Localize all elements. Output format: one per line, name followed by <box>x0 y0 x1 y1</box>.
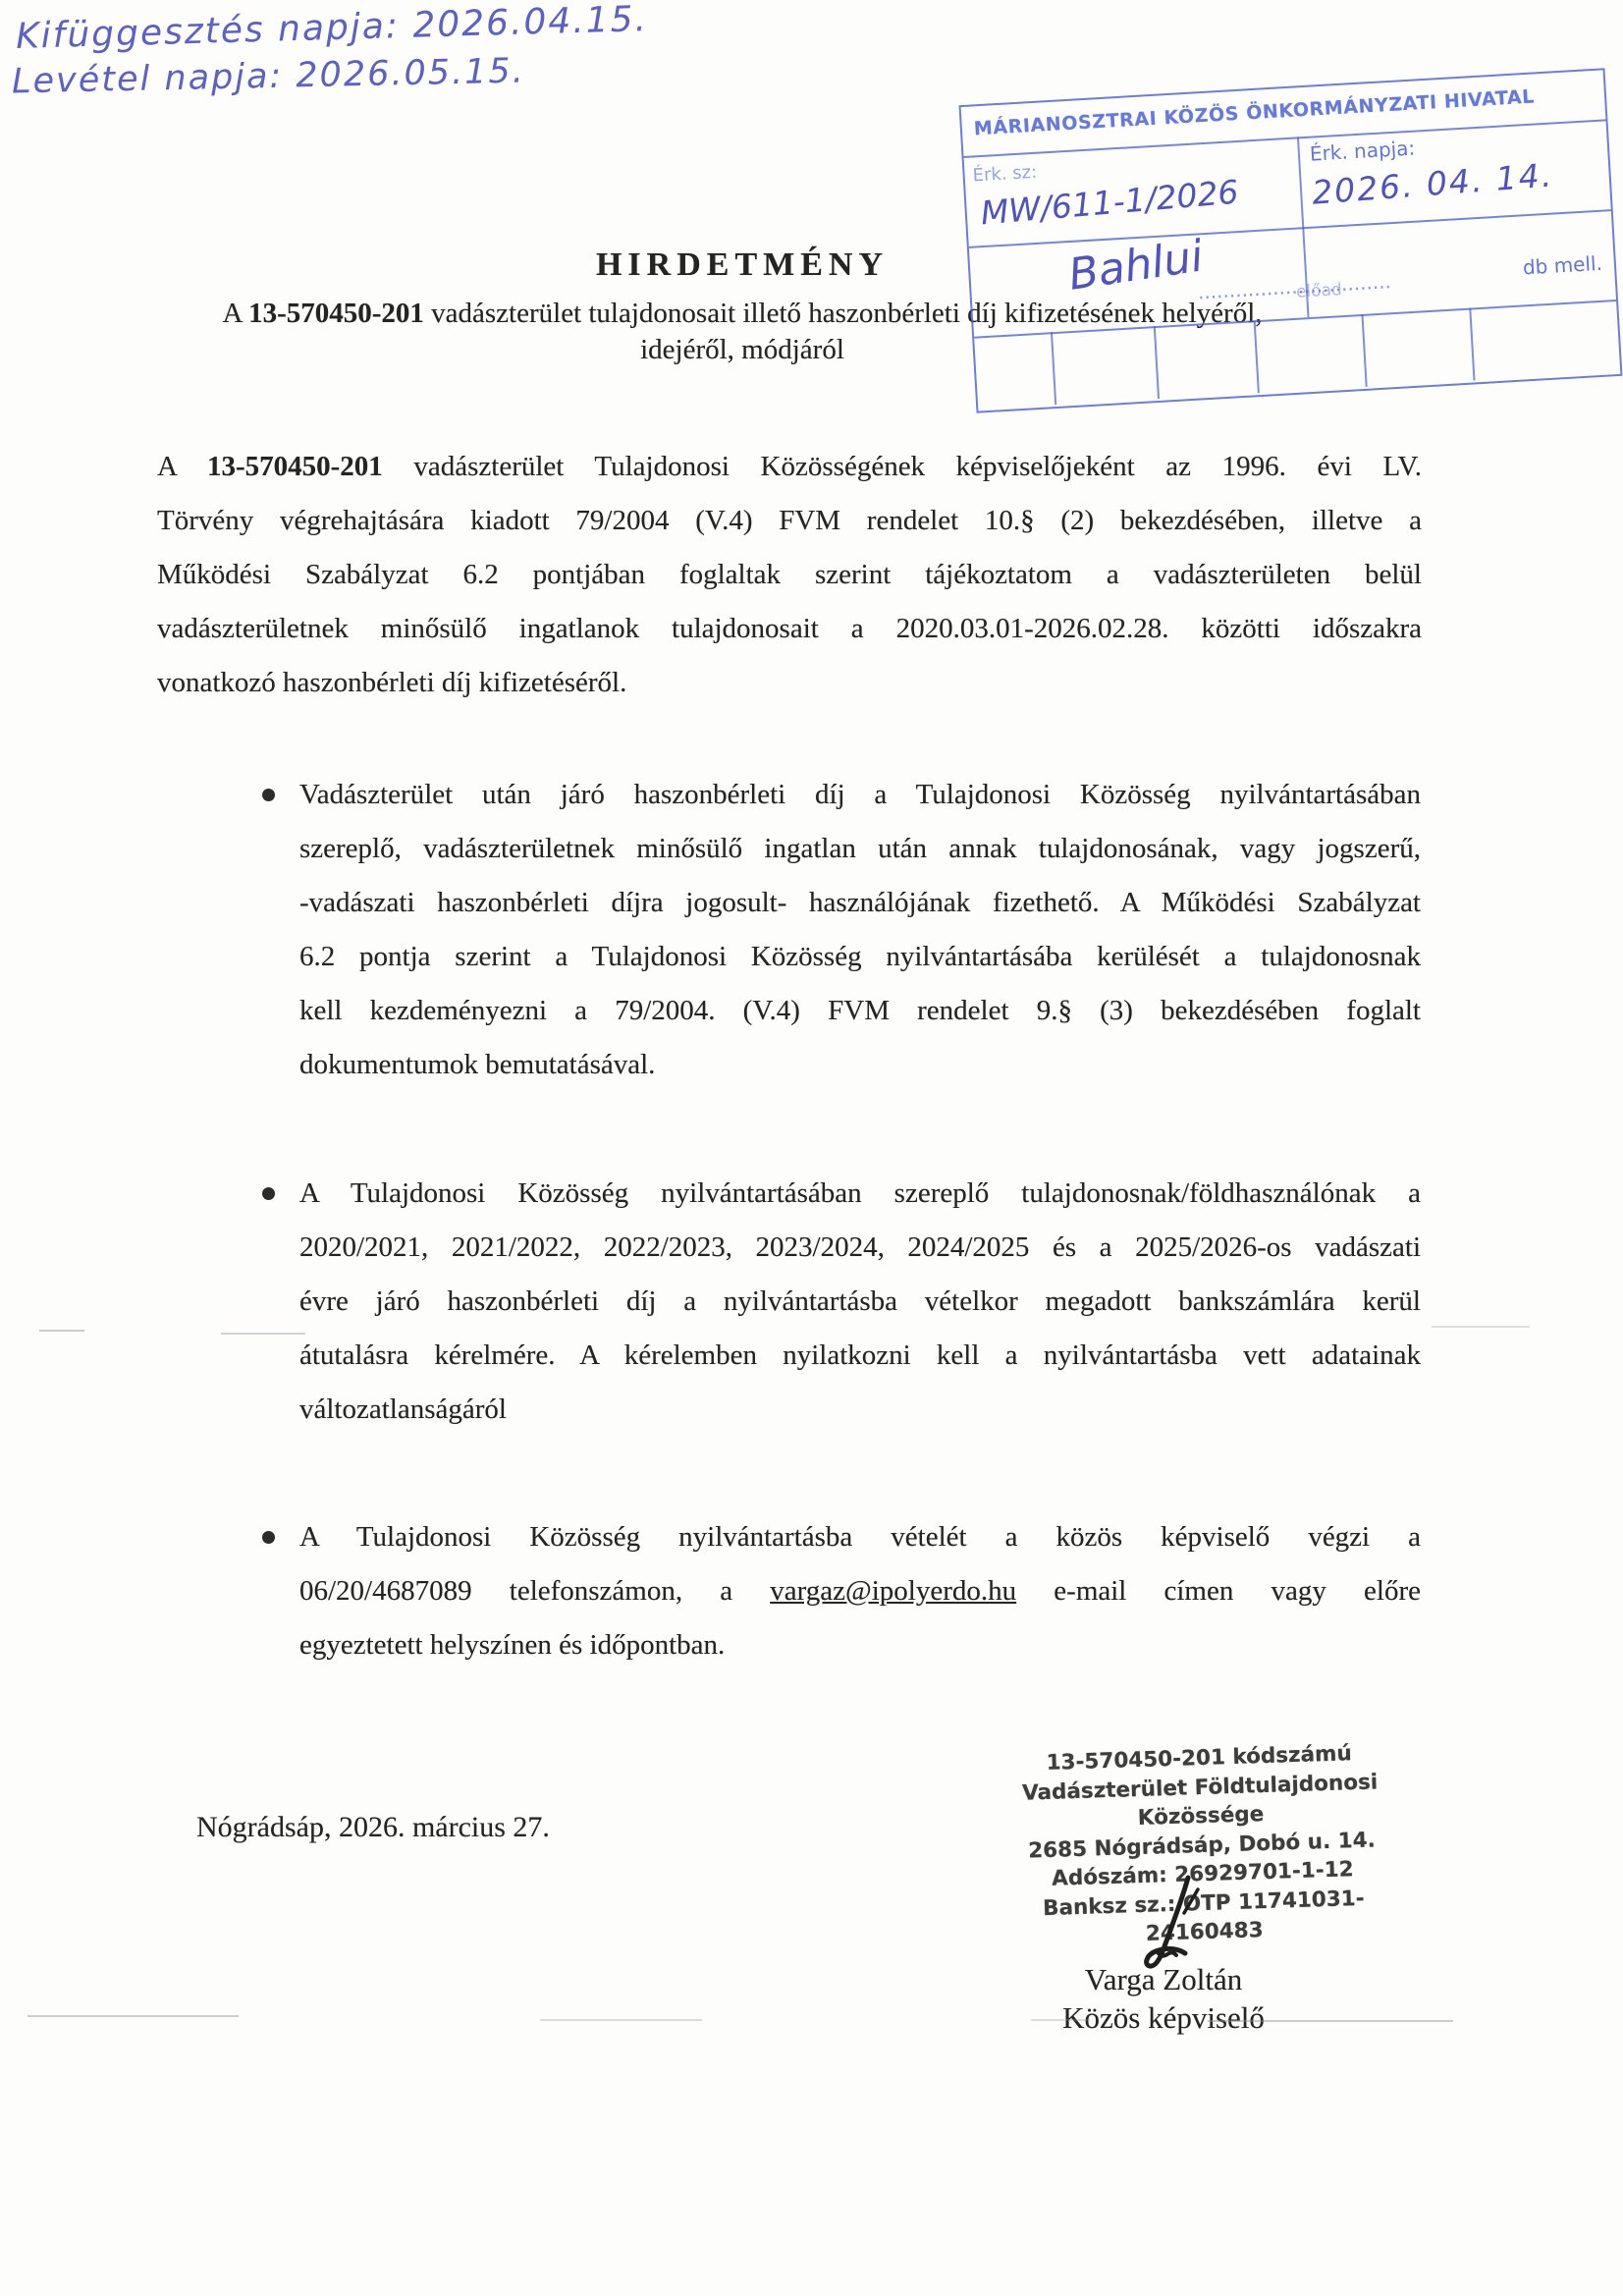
text-line: 2020/2021, 2021/2022, 2022/2023, 2023/20… <box>299 1221 1421 1275</box>
text-line: A 13-570450-201 vadászterület Tulajdonos… <box>157 440 1422 494</box>
text-line: Működési Szabályzat 6.2 pontjában foglal… <box>157 548 1422 602</box>
signatory-role: Közös képviselő <box>1001 1998 1325 2037</box>
text-line: szereplő, vadászterületnek minősülő inga… <box>299 822 1421 876</box>
text-line: változatlanságáról <box>299 1383 1421 1437</box>
scanned-document-page: Kifüggesztés napja: 2026.04.15. Levétel … <box>0 0 1623 2296</box>
intro-paragraph: A 13-570450-201 vadászterület Tulajdonos… <box>157 440 1422 710</box>
scan-artifact-line <box>1031 2019 1090 2021</box>
text-line: vadászterületnek minősülő ingatlanok tul… <box>157 602 1422 656</box>
stamp-grid-line <box>1154 326 1160 399</box>
scan-artifact-line <box>39 1330 84 1332</box>
stamp-grid-line <box>1051 332 1056 405</box>
text-line: Törvény végrehajtására kiadott 79/2004 (… <box>157 494 1422 548</box>
bullet-text: Vadászterület után járó haszonbérleti dí… <box>299 768 1421 1092</box>
bullet-item-3: A Tulajdonosi Közösség nyilvántartásba v… <box>299 1510 1421 1672</box>
text-line: 6.2 pontja szerint a Tulajdonosi Közössé… <box>299 930 1421 984</box>
text-line: vonatkozó haszonbérleti díj kifizetésérő… <box>157 656 1422 710</box>
stamp-grid-line <box>1361 314 1367 387</box>
bullet-item-1: Vadászterület után járó haszonbérleti dí… <box>299 768 1421 1092</box>
scan-artifact-line <box>1208 2020 1453 2022</box>
scan-artifact-line <box>27 2015 239 2017</box>
place-and-date-line: Nógrádsáp, 2026. március 27. <box>196 1811 550 1844</box>
scan-artifact-line <box>540 2019 702 2021</box>
stamp-clerk-signature: Bahlui <box>1065 231 1206 300</box>
scan-artifact-line <box>1432 1326 1530 1328</box>
text-line: egyeztetett helyszínen és időpontban. <box>299 1618 1421 1672</box>
text-line: dokumentumok bemutatásával. <box>299 1038 1421 1092</box>
signatory-name: Varga Zoltán <box>1001 1960 1325 1998</box>
bullet-text: A Tulajdonosi Közösség nyilvántartásba v… <box>299 1510 1421 1672</box>
signatory-block: Varga Zoltán Közös képviselő <box>1001 1960 1325 2037</box>
bullet-text: A Tulajdonosi Közösség nyilvántartásában… <box>299 1167 1421 1437</box>
stamp-attachment-label: db mell. <box>1522 251 1602 280</box>
stamp-attachment-dots: ............................... <box>1197 262 1517 304</box>
bullet-item-2: A Tulajdonosi Közösség nyilvántartásában… <box>299 1167 1421 1437</box>
stamp-grid-line <box>1469 308 1475 381</box>
text-line: évre járó haszonbérleti díj a nyilvántar… <box>299 1275 1421 1329</box>
arrival-stamp-box: MÁRIANOSZTRAI KÖZÖS ÖNKORMÁNYZATI HIVATA… <box>959 68 1623 412</box>
stamp-grid-line <box>1254 320 1260 393</box>
bullet-marker <box>262 789 275 801</box>
text-line: A Tulajdonosi Közösség nyilvántartásba v… <box>299 1510 1421 1564</box>
stamp-ref-label: Érk. sz: <box>972 162 1038 187</box>
scan-artifact-line <box>221 1333 305 1335</box>
handwritten-posting-date: Kifüggesztés napja: 2026.04.15. <box>16 0 649 57</box>
text-line: 06/20/4687089 telefonszámon, a vargaz@ip… <box>299 1564 1421 1618</box>
text-line: A Tulajdonosi Közösség nyilvántartásában… <box>299 1167 1421 1221</box>
stamp-date-label: Érk. napja: <box>1309 137 1416 166</box>
text-line: kell kezdeményezni a 79/2004. (V.4) FVM … <box>299 984 1421 1038</box>
handwritten-removal-date: Levétel napja: 2026.05.15. <box>12 52 526 102</box>
text-line: -vadászati haszonbérleti díjra jogosult-… <box>299 876 1421 930</box>
stamp-office-name: MÁRIANOSZTRAI KÖZÖS ÖNKORMÁNYZATI HIVATA… <box>973 82 1598 140</box>
bullet-marker <box>262 1187 275 1200</box>
bullet-marker <box>262 1531 275 1544</box>
stamp-arrival-date: 2026. 04. 14. <box>1311 155 1555 211</box>
text-line: átutalásra kérelmére. A kérelemben nyila… <box>299 1329 1421 1383</box>
stamp-grid-line <box>974 300 1616 339</box>
text-line: Vadászterület után járó haszonbérleti dí… <box>299 768 1421 822</box>
